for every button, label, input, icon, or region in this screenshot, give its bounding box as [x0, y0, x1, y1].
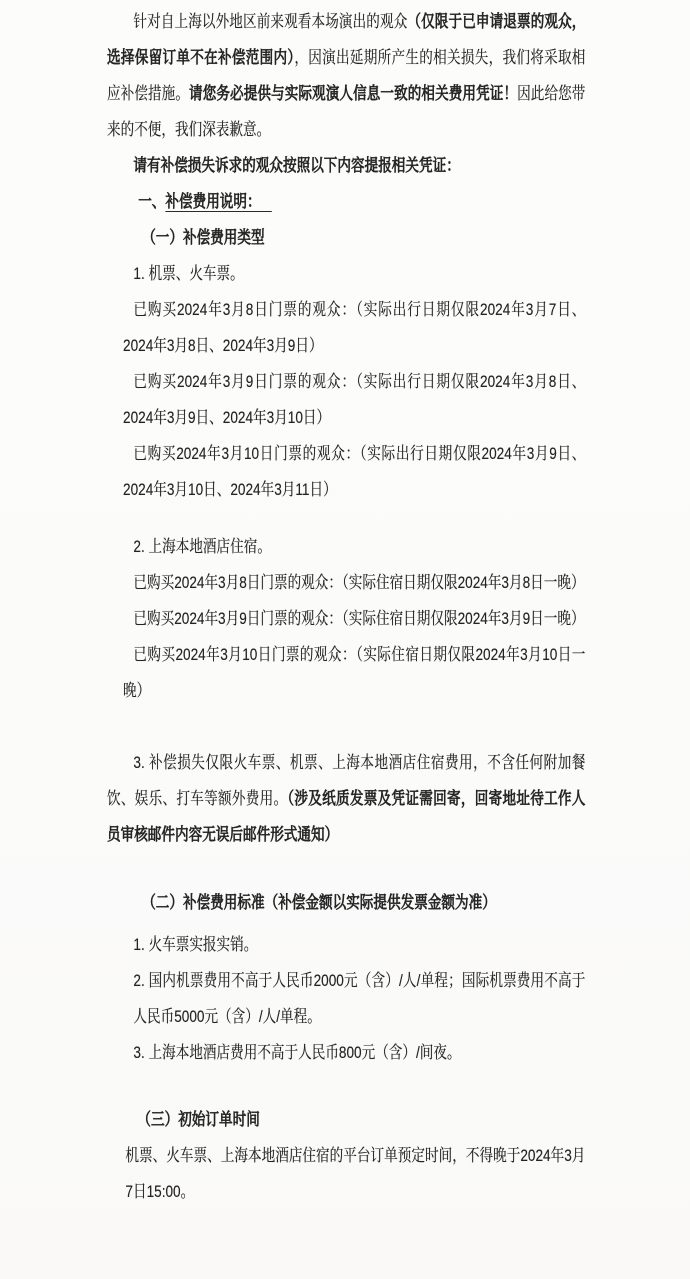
heading-section-1: 一、补偿费用说明：: [107, 184, 585, 220]
underlined-heading-text: 补偿费用说明：: [165, 192, 271, 212]
para-evidence-request: 请有补偿损失诉求的观众按照以下内容提报相关凭证：: [107, 148, 585, 184]
text-run: 已购买2024年3月9日门票的观众：（实际出行日期仅限2024年3月8日、202…: [123, 372, 585, 427]
scanned-document-page: 针对自上海以外地区前来观看本场演出的观众（仅限于已申请退票的观众，选择保留订单不…: [0, 0, 690, 1279]
text-run: 针对自上海以外地区前来观看本场演出的观众: [133, 12, 407, 31]
heading-initial-order-time: （三）初始订单时间: [107, 1102, 585, 1138]
item-tickets: 1. 机票、火车票。: [133, 256, 585, 292]
para-mar9-hotel: 已购买2024年3月9日门票的观众：（实际住宿日期仅限2024年3月9日一晚）: [123, 601, 585, 637]
text-run: 2. 国内机票费用不高于人民币2000元（含）/人/单程；国际机票费用不高于人民…: [133, 971, 585, 1026]
text-run: 已购买2024年3月10日门票的观众：（实际住宿日期仅限2024年3月10日一晚…: [123, 645, 585, 700]
text-run: 已购买2024年3月8日门票的观众：（实际住宿日期仅限2024年3月8日一晚）: [133, 573, 584, 592]
text-run: 已购买2024年3月8日门票的观众：（实际出行日期仅限2024年3月7日、202…: [123, 300, 585, 355]
para-order-deadline: 机票、火车票、上海本地酒店住宿的平台订单预定时间，不得晚于2024年3月7日15…: [125, 1138, 585, 1210]
text-run-bold: 请有补偿损失诉求的观众按照以下内容提报相关凭证：: [133, 156, 459, 175]
heading-fee-standard: （二）补偿费用标准（补偿金额以实际提供发票金额为准）: [107, 885, 585, 921]
text-run-bold: 请您务必提供与实际观演人信息一致的相关费用凭证！: [189, 84, 517, 103]
text-run-bold: （三）初始订单时间: [137, 1110, 259, 1129]
text-run: 机票、火车票、上海本地酒店住宿的平台订单预定时间，不得晚于2024年3月7日15…: [125, 1146, 585, 1201]
text-run: 3. 上海本地酒店费用不高于人民币800元（含）/间夜。: [133, 1043, 460, 1062]
item-flight-limit: 2. 国内机票费用不高于人民币2000元（含）/人/单程；国际机票费用不高于人民…: [133, 963, 585, 1035]
text-run-bold: （二）补偿费用标准（补偿金额以实际提供发票金额为准）: [142, 893, 496, 912]
item-hotel: 2. 上海本地酒店住宿。: [133, 529, 585, 565]
para-mar10-travel: 已购买2024年3月10日门票的观众：（实际出行日期仅限2024年3月9日、20…: [123, 436, 585, 508]
document-content: 针对自上海以外地区前来观看本场演出的观众（仅限于已申请退票的观众，选择保留订单不…: [107, 4, 585, 1210]
heading-fee-types: （一）补偿费用类型: [107, 220, 585, 256]
text-run-bold: 一、: [138, 192, 165, 211]
para-mar8-hotel: 已购买2024年3月8日门票的观众：（实际住宿日期仅限2024年3月8日一晚）: [123, 565, 585, 601]
text-run: 1. 机票、火车票。: [133, 264, 243, 283]
text-run: 2. 上海本地酒店住宿。: [133, 537, 271, 556]
text-run: 已购买2024年3月10日门票的观众：（实际出行日期仅限2024年3月9日、20…: [123, 444, 585, 499]
para-intro: 针对自上海以外地区前来观看本场演出的观众（仅限于已申请退票的观众，选择保留订单不…: [107, 4, 585, 148]
text-run: 1. 火车票实报实销。: [133, 935, 257, 954]
text-run: 已购买2024年3月9日门票的观众：（实际住宿日期仅限2024年3月9日一晚）: [133, 609, 584, 628]
text-run-bold: （一）补偿费用类型: [142, 228, 264, 247]
para-mar10-hotel: 已购买2024年3月10日门票的观众：（实际住宿日期仅限2024年3月10日一晚…: [123, 637, 585, 709]
item-compensation-scope: 3. 补偿损失仅限火车票、机票、上海本地酒店住宿费用，不含任何附加餐饮、娱乐、打…: [107, 745, 585, 853]
item-hotel-limit: 3. 上海本地酒店费用不高于人民币800元（含）/间夜。: [133, 1035, 585, 1071]
para-mar8-travel: 已购买2024年3月8日门票的观众：（实际出行日期仅限2024年3月7日、202…: [123, 292, 585, 364]
item-train-reimburse: 1. 火车票实报实销。: [133, 927, 585, 963]
para-mar9-travel: 已购买2024年3月9日门票的观众：（实际出行日期仅限2024年3月8日、202…: [123, 364, 585, 436]
